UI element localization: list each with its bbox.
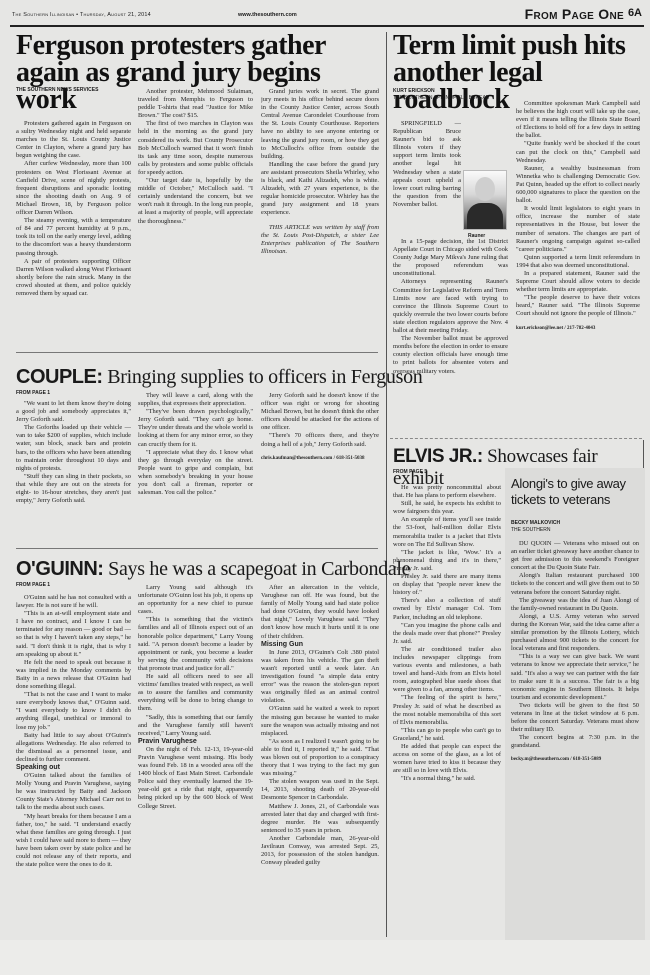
column-divider [386,32,387,937]
article-credit: THIS ARTICLE was written by staff from t… [261,224,379,256]
folio-date: The Southern Illinoisan • Thursday, Augu… [12,12,151,18]
paragraph: Presley Jr. said there are many items on… [393,573,501,597]
newspaper-page: The Southern Illinoisan • Thursday, Augu… [0,0,650,975]
couple-col-1: "We want to let them know they're doing … [16,400,131,532]
paragraph: Quinn supported a term limit referendum … [516,254,640,270]
paragraph: He said all officers need to see all vic… [138,673,253,713]
ferguson-col-2: Another protester, Mehmood Sulaiman, tra… [138,88,253,342]
paragraph: The first of two marches in Clayton was … [138,120,253,177]
paragraph: The steamy evening, with a temperature o… [16,217,131,257]
subhead-pravin-varughese: Pravin Varughese [138,738,253,746]
paragraph: "I appreciate what they do. I know what … [138,449,253,498]
paragraph: They will leave a card, along with the s… [138,392,253,408]
jump-headline: Says he was a scapegoat in Carbondale [108,558,410,580]
paragraph: After an altercation in the vehicle, Var… [261,584,379,641]
oguinn-col-3: After an altercation in the vehicle, Var… [261,584,379,939]
byline-ferguson: The Southern News Services [16,87,98,94]
paragraph: Still, he said, he expects his exhibit t… [393,500,501,516]
paragraph: "We want to let them know they're doing … [16,400,131,424]
paragraph: "Sadly, this is something that our famil… [138,714,253,738]
top-rule [10,25,644,27]
jump-headline: Bringing supplies to officers in Ferguso… [107,366,422,388]
byline-alongi: Becky Malkovich The Southern [511,520,560,534]
paragraph: Another protester, Mehmood Sulaiman, tra… [138,88,253,120]
reporter-contact: becky.m@thesouthern.com / 618-351-5089 [511,756,639,764]
headline-couple: COUPLE: Bringing supplies to officers in… [16,366,422,388]
paragraph: O'Guinn said he has not consulted with a… [16,594,131,610]
termlimit-col-1a: SPRINGFIELD — Republican Bruce Rauner's … [393,120,461,232]
page-number: 6A [628,7,642,19]
paragraph: Matthew J. Jones, 21, of Carbondale was … [261,803,379,835]
paragraph: "The people deserve to have their voices… [516,294,640,318]
sidebar-box-alongi: Alongi's to give away tickets to veteran… [505,468,645,968]
ferguson-col-1: Protesters gathered again in Ferguson on… [16,120,131,342]
paragraph: In June 2013, O'Guinn's Colt .380 pistol… [261,649,379,706]
paragraph: Jerry Goforth said he doesn't know if th… [261,392,379,432]
paragraph: On the night of Feb. 12-13, 19-year-old … [138,746,253,811]
paragraph: "Can you imagine the phone calls and the… [393,622,501,646]
paragraph: He was pretty noncommittal about that. H… [393,484,501,500]
paragraph: "This is something that the victim's fam… [138,616,253,673]
couple-col-2: They will leave a card, along with the s… [138,392,253,532]
paragraph: After curfew Wednesday, more than 100 pr… [16,160,131,217]
paragraph: He added that people can expect the acce… [393,743,501,775]
paragraph: "That is not the case and I want to make… [16,691,131,731]
paragraph: "This can go to people who can't go to G… [393,727,501,743]
couple-col-3: Jerry Goforth said he doesn't know if th… [261,392,379,532]
paragraph: In a prepared statement, Rauner said the… [516,270,640,294]
paragraph: "My heart breaks for them because I am a… [16,813,131,870]
paragraph: "It's a normal thing," he said. [393,775,501,783]
paragraph: A pair of protesters supporting Officer … [16,258,131,298]
paragraph: O'Guinn talked about the families of Mol… [16,772,131,812]
paragraph: "Quite frankly we'd be shocked if the co… [516,140,640,164]
paragraph: The Goforths loaded up their vehicle — v… [16,424,131,473]
paragraph: "The jacket is like, 'Wow.' It's a pheno… [393,549,501,573]
jump-label: COUPLE: [16,366,103,388]
paragraph: Another Carbondale man, 26-year-old Javi… [261,835,379,867]
alongi-col: DU QUOIN — Veterans who missed out on an… [511,540,639,960]
jump-label: ELVIS JR.: [393,446,483,467]
section-rule [16,352,378,353]
paragraph: He felt the need to speak out because it… [16,659,131,691]
paragraph: "Stuff they can sling in their pockets, … [16,473,131,505]
jump-from-oguinn: From Page 1 [16,582,50,588]
paragraph: Grand juries work in secret. The grand j… [261,88,379,161]
termlimit-col-1b: In a 15-page decision, the 1st District … [393,238,508,428]
oguinn-col-1: O'Guinn said he has not consulted with a… [16,594,131,939]
oguinn-col-2: Larry Young said although it's unfortuna… [138,584,253,939]
subhead-speaking-out: Speaking out [16,764,131,772]
section-title: From Page One [525,6,624,22]
page-bottom-margin [0,940,650,975]
paragraph: DU QUOIN — Veterans who missed out on an… [511,540,639,572]
paragraph: SPRINGFIELD — Republican Bruce Rauner's … [393,120,461,209]
paragraph: Rauner, a wealthy businessman from Winne… [516,165,640,205]
paragraph: "There's 70 officers there, and they're … [261,432,379,448]
paragraph: An example of items you'll see inside th… [393,516,501,548]
section-rule [16,548,378,549]
page-folio: The Southern Illinoisan • Thursday, Augu… [10,4,644,24]
byline-term-limit: Kurt Erickson The Southern Springfield B… [393,88,489,102]
paragraph: The air conditioned trailer also include… [393,646,501,695]
jump-label: O'GUINN: [16,558,103,580]
paragraph: Protesters gathered again in Ferguson on… [16,120,131,160]
paragraph: The giveaway was the idea of Juan Alongi… [511,597,639,613]
byline-org: The Southern Springfield Bureau [393,95,489,102]
paragraph: There's also a collection of stuff owned… [393,597,501,621]
paragraph: Attorneys representing Rauner's Committe… [393,278,508,335]
elvis-col: He was pretty noncommittal about that. H… [393,484,501,939]
paragraph: "This is a way we can give back. We want… [511,653,639,702]
termlimit-col-2: Committee spokesman Mark Campbell said h… [516,100,640,428]
paragraph: Committee spokesman Mark Campbell said h… [516,100,640,140]
paragraph: The November ballot must be approved mon… [393,335,508,375]
paragraph: Alongi's Italian restaurant purchased 10… [511,572,639,596]
paragraph: Two tickets will be given to the first 5… [511,702,639,734]
paragraph: "Our target date is, hopefully by the mi… [138,177,253,226]
ferguson-col-3: Grand juries work in secret. The grand j… [261,88,379,342]
paragraph: It would limit legislators to eight year… [516,205,640,254]
paragraph: O'Guinn said he waited a week to report … [261,705,379,737]
paragraph: Baity had little to say about O'Guinn's … [16,732,131,764]
byline-name: Kurt Erickson [393,88,489,95]
headline-alongi: Alongi's to give away tickets to veteran… [511,476,645,508]
byline-org: The Southern [511,527,560,534]
headline-oguinn: O'GUINN: Says he was a scapegoat in Carb… [16,558,410,580]
paragraph: Handling the case before the grand jury … [261,161,379,218]
reporter-contact: kurt.erickson@lee.net / 217-782-4043 [516,325,640,333]
paragraph: The concert begins at 7:30 p.m. in the g… [511,734,639,750]
reporter-contact: chris.kaufman@thesouthern.com / 618-351-… [261,455,379,463]
section-rule [390,438,642,440]
paragraph: "As soon as I realized I wasn't going to… [261,738,379,778]
jump-from-elvis: From Page 3 [393,469,427,475]
subhead-missing-gun: Missing Gun [261,641,379,649]
paragraph: The stolen weapon was used in the Sept. … [261,778,379,802]
jump-from-couple: From Page 1 [16,390,50,396]
paragraph: "They've been drawn psychologically," Je… [138,408,253,448]
paragraph: "The feeling of the spirit is here," Pre… [393,694,501,726]
folio-website: www.thesouthern.com [238,12,297,18]
paragraph: In a 15-page decision, the 1st District … [393,238,508,278]
paragraph: Larry Young said although it's unfortuna… [138,584,253,616]
byline-name: Becky Malkovich [511,520,560,527]
mugshot-photo [463,170,507,230]
paragraph: Alongi, a U.S. Army veteran who served d… [511,613,639,653]
paragraph: "This is an at-will employment state and… [16,610,131,659]
